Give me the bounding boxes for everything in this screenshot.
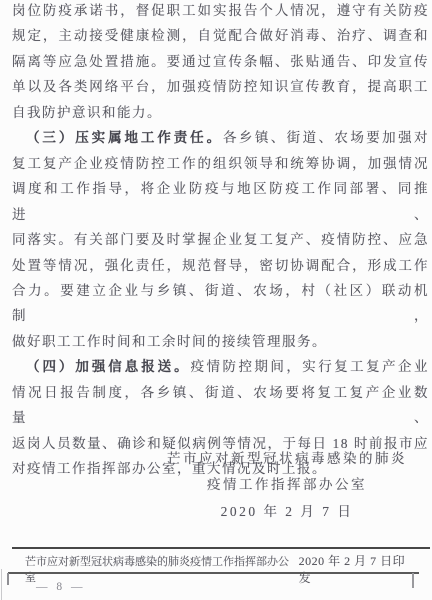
signature-line: 疫情工作指挥部办公室 — [132, 472, 432, 498]
text-line: 隔离等应急处置措施。要通过宣传条幅、张贴通告、印发宣传 — [12, 49, 429, 74]
footer-top-rule — [12, 547, 430, 549]
text-line: 自我防护意识和能力。 — [12, 100, 429, 125]
signature-block: 芒市应对新型冠状病毒感染的肺炎疫情工作指挥部办公室2020 年 2 月 7 日 — [132, 446, 432, 525]
footer-print-date: 2020 年 2 月 7 日印发 — [299, 552, 417, 586]
footer-bottom-rule — [8, 572, 419, 574]
text-line: 情况日报告制度，各乡镇、街道、农场要将复工复产企业数量、 — [12, 380, 429, 431]
text-line: 合力。要建立企业与乡镇、街道、农场，村（社区）联动机制， — [12, 278, 429, 329]
text-line: （三）压实属地工作责任。各乡镇、街道、农场要加强对 — [12, 125, 429, 150]
text-line: 处置等情况，强化责任，规范督导，密切协调配合，形成工作 — [12, 253, 429, 278]
document-body: 岗位防疫承诺书，督促职工如实报告个人情况，遵守有关防疫规定，主动接受健康检测，自… — [12, 0, 429, 482]
text-line: （四）加强信息报送。疫情防控期间，实行复工复产企业 — [12, 354, 429, 379]
text-line: 复工复产企业疫情防控工作的组织领导和统筹协调，加强情况 — [12, 151, 429, 176]
text-line: 规定，主动接受健康检测，自觉配合做好消毒、治疗、调查和 — [12, 23, 429, 48]
text-line: 同落实。有关部门要及时掌握企业复工复产、疫情防控、应急 — [12, 227, 429, 252]
text-line: 做好职工工作时间和工余时间的接续管理服务。 — [12, 329, 429, 354]
text-line: 岗位防疫承诺书，督促职工如实报告个人情况，遵守有关防疫 — [12, 0, 429, 23]
text-line: 单以及各类网络平台，加强疫情防控知识宣传教育，提高职工 — [12, 74, 429, 99]
signature-line: 2020 年 2 月 7 日 — [132, 499, 432, 525]
text-line: 调度和工作指导，将企业防疫与地区防疫工作同部署、同推进、 — [12, 176, 429, 227]
crop-mark-right — [412, 573, 414, 588]
signature-line: 芒市应对新型冠状病毒感染的肺炎 — [132, 446, 432, 472]
page-edge-mark — [1, 569, 2, 600]
crop-mark-left — [7, 573, 9, 585]
document-page: 岗位防疫承诺书，督促职工如实报告个人情况，遵守有关防疫规定，主动接受健康检测，自… — [0, 0, 432, 600]
page-number: — 8 — — [36, 581, 86, 593]
